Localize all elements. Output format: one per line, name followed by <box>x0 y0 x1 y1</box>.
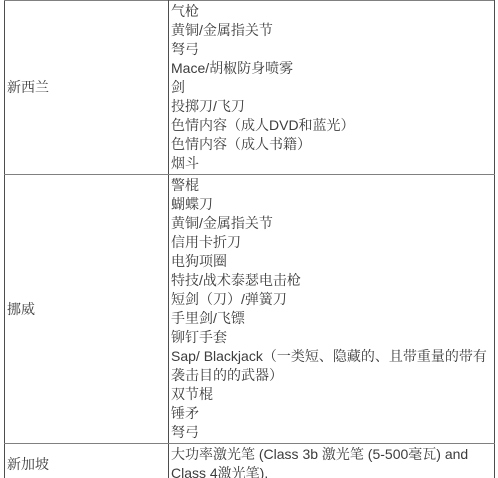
item-line: 特技/战术泰瑟电击枪 <box>171 271 492 290</box>
item-line: 色情内容（成人书籍） <box>171 135 492 154</box>
country-cell: 挪威 <box>5 175 169 444</box>
item-line: 信用卡折刀 <box>171 233 492 252</box>
item-line: 剑 <box>171 78 492 97</box>
table-row: 新西兰气枪黄铜/金属指关节弩弓Mace/胡椒防身喷雾剑投掷刀/飞刀色情内容（成人… <box>5 1 495 175</box>
item-line: 大功率激光笔 (Class 3b 激光笔 (5-500毫瓦) and Class… <box>171 445 492 478</box>
item-line: 铆钉手套 <box>171 328 492 347</box>
restrictions-table-body: 新西兰气枪黄铜/金属指关节弩弓Mace/胡椒防身喷雾剑投掷刀/飞刀色情内容（成人… <box>5 1 495 478</box>
item-line: Sap/ Blackjack（一类短、隐藏的、且带重量的带有袭击目的的武器） <box>171 347 492 385</box>
item-line: 气枪 <box>171 2 492 21</box>
item-line: 电狗项圈 <box>171 252 492 271</box>
restrictions-table: 新西兰气枪黄铜/金属指关节弩弓Mace/胡椒防身喷雾剑投掷刀/飞刀色情内容（成人… <box>4 0 495 478</box>
item-line: 黄铜/金属指关节 <box>171 214 492 233</box>
item-line: 弩弓 <box>171 423 492 442</box>
country-cell: 新西兰 <box>5 1 169 175</box>
country-cell: 新加坡 <box>5 444 169 478</box>
item-line: Mace/胡椒防身喷雾 <box>171 59 492 78</box>
item-line: 短剑（刀）/弹簧刀 <box>171 290 492 309</box>
items-cell: 气枪黄铜/金属指关节弩弓Mace/胡椒防身喷雾剑投掷刀/飞刀色情内容（成人DVD… <box>169 1 495 175</box>
item-line: 弩弓 <box>171 40 492 59</box>
item-line: 烟斗 <box>171 154 492 173</box>
item-line: 投掷刀/飞刀 <box>171 97 492 116</box>
items-cell: 大功率激光笔 (Class 3b 激光笔 (5-500毫瓦) and Class… <box>169 444 495 478</box>
item-line: 警棍 <box>171 176 492 195</box>
item-line: 蝴蝶刀 <box>171 195 492 214</box>
item-line: 色情内容（成人DVD和蓝光） <box>171 116 492 135</box>
item-line: 双节棍 <box>171 385 492 404</box>
item-line: 手里剑/飞镖 <box>171 309 492 328</box>
item-line: 黄铜/金属指关节 <box>171 21 492 40</box>
items-cell: 警棍蝴蝶刀黄铜/金属指关节信用卡折刀电狗项圈特技/战术泰瑟电击枪短剑（刀）/弹簧… <box>169 175 495 444</box>
table-row: 挪威警棍蝴蝶刀黄铜/金属指关节信用卡折刀电狗项圈特技/战术泰瑟电击枪短剑（刀）/… <box>5 175 495 444</box>
item-line: 锤矛 <box>171 404 492 423</box>
table-row: 新加坡大功率激光笔 (Class 3b 激光笔 (5-500毫瓦) and Cl… <box>5 444 495 478</box>
